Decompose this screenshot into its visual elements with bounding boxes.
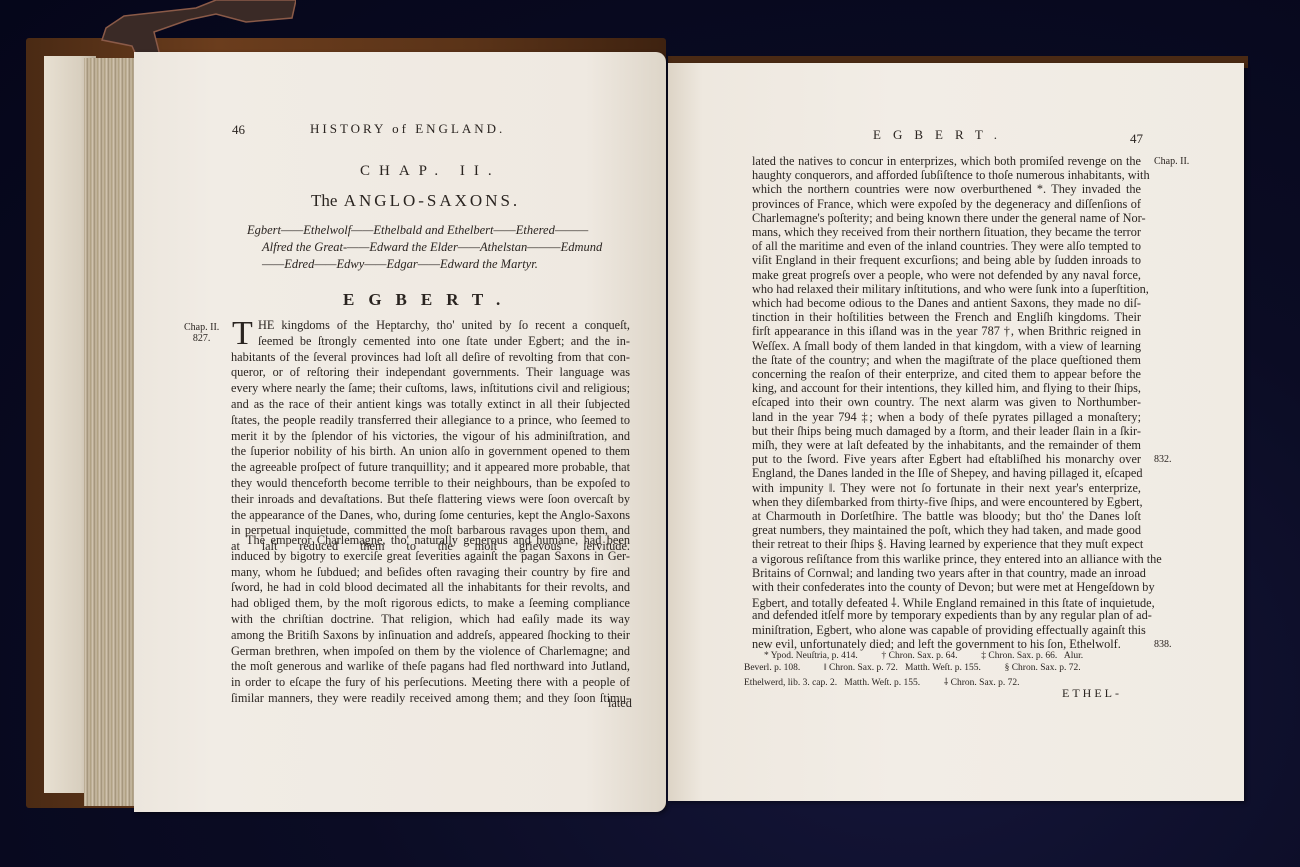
running-head: EGBERT. — [873, 127, 1009, 143]
text-line: merit it by the ſplendor of his victorie… — [231, 429, 630, 444]
text-line: their retreat to their ſhips §. Having l… — [752, 537, 1141, 552]
margin-note-chapter: Chap. II. — [184, 322, 219, 333]
footnote-line: Ethelwerd, lib. 3. cap. 2. Matth. Weſt. … — [744, 675, 1020, 688]
chapter-title: The ANGLO-SAXONS. — [311, 191, 520, 211]
text-line: German brethren, when impoſed on them by… — [231, 644, 630, 659]
text-line: a vigorous reſiſtance from this warlike … — [752, 552, 1141, 567]
title-main: ANGLO-SAXONS. — [344, 191, 520, 210]
text-line: among the Britiſh Saxons by inſinuation … — [231, 628, 630, 643]
section-title: EGBERT. — [343, 290, 514, 310]
catchword: ETHEL- — [1062, 686, 1122, 701]
text-line: the ſuperior nobility of his birth. An u… — [231, 444, 630, 459]
text-line: but their ſhips being much damaged by a … — [752, 424, 1141, 439]
chapter-heading: CHAP. II. — [360, 163, 501, 180]
text-line: when they diſembarked from thirty-five ſ… — [752, 495, 1141, 510]
kings-list-line: ——Edred——Edwy——Edgar——Edward the Martyr. — [262, 257, 538, 272]
text-line: put to the ſword. Five years after Egber… — [752, 452, 1141, 467]
text-line: and as the race of their antient kings w… — [231, 397, 630, 412]
text-line: in order to eſcape the fury of his perſe… — [231, 675, 630, 690]
text-line: viſit England in their frequent excurſio… — [752, 253, 1141, 268]
text-line: at Charmouth in Dorſetſhire. The battle … — [752, 509, 1141, 524]
footnote-line: Beverl. p. 108. ‖ Chron. Sax. p. 72. Mat… — [744, 663, 1081, 673]
margin-note: Chap. II. 827. — [184, 322, 219, 344]
text-line: ſword, he had in cold blood decimated al… — [231, 580, 630, 595]
right-page: EGBERT. 47 lated the natives to concur i… — [668, 63, 1244, 801]
text-line: concerning the reaſon of their enterpriz… — [752, 367, 1141, 382]
text-line: who had relaxed their military inſtituti… — [752, 282, 1141, 297]
text-line: lated the natives to concur in enterpriz… — [752, 154, 1141, 169]
text-line: miſh, they were at laſt defeated by the … — [752, 438, 1141, 453]
title-prefix: The — [311, 191, 337, 210]
text-line: the ſtate of the country; and when the m… — [752, 353, 1141, 368]
text-line: Britains of Cornwal; and landing two yea… — [752, 566, 1141, 581]
catchword: lated — [608, 696, 632, 711]
margin-note: 838. — [1154, 639, 1172, 650]
margin-note: 832. — [1154, 454, 1172, 465]
page-edges — [84, 58, 136, 806]
drop-cap: T — [232, 319, 253, 349]
page-number: 47 — [1130, 131, 1143, 147]
footnote-line: * Ypod. Neuſtria, p. 414. † Chron. Sax. … — [764, 651, 1083, 661]
text-line: tinction in their hoſtilities between th… — [752, 310, 1141, 325]
text-line: habitants of the ſeveral provinces had l… — [231, 350, 630, 365]
text-line: Charlemagne's poſterity; and being known… — [752, 211, 1141, 226]
text-line: haughty conquerors, and afforded ſubſiſt… — [752, 168, 1141, 183]
text-line: they would thenceforth become terrible t… — [231, 476, 630, 491]
text-line: of all the maritime and even of the inla… — [752, 239, 1141, 254]
kings-list-line: Egbert——Ethelwolf——Ethelbald and Ethelbe… — [247, 223, 588, 238]
text-line: every where nearly the ſame; their cuſto… — [231, 381, 630, 396]
margin-note-year: 827. — [184, 333, 219, 344]
text-line: induced by bigotry to exerciſe great ſev… — [231, 549, 630, 564]
left-page: 46 HISTORY of ENGLAND. CHAP. II. The ANG… — [134, 52, 666, 812]
running-head: HISTORY of ENGLAND. — [310, 121, 505, 137]
text-line: England, the Danes landed in the Iſle of… — [752, 466, 1141, 481]
text-line: the moſt generous and warlike of theſe p… — [231, 659, 630, 674]
text-line: ſeemed be ſtrongly cemented into one ſta… — [258, 334, 630, 349]
text-line: their inroads and devaſtations. But theſ… — [231, 492, 630, 507]
text-line: miniſtration, Egbert, who alone was capa… — [752, 623, 1141, 638]
text-line: mans, which they received from their nor… — [752, 225, 1141, 240]
text-line: land in the year 794 ‡; when a body of t… — [752, 410, 1141, 425]
text-line: HE kingdoms of the Heptarchy, tho' unite… — [258, 318, 630, 333]
text-line: and defended itſelf more by temporary ex… — [752, 608, 1141, 623]
text-line: firſt appearance in this iſland was in t… — [752, 324, 1141, 339]
text-line: had obliged them, by the moſt rigorous e… — [231, 596, 630, 611]
text-line: great numbers, they maintained the poſt,… — [752, 523, 1141, 538]
text-line: Weſſex. A ſmall body of them landed in t… — [752, 339, 1141, 354]
page-number: 46 — [232, 122, 245, 138]
text-line: many, whom he ſubdued; and beſides often… — [231, 565, 630, 580]
text-line: ſimilar manners, they were readily recei… — [231, 691, 630, 706]
text-line: the appearance of the Danes, who, during… — [231, 508, 630, 523]
text-line: king, and account for their intentions, … — [752, 381, 1141, 396]
text-line: with impunity ‖. They were not ſo fortun… — [752, 481, 1141, 496]
text-line: with their confederates into the county … — [752, 580, 1141, 595]
text-line: eſcaped into their own country. The next… — [752, 395, 1141, 410]
kings-list-line: Alfred the Great-——Edward the Elder——Ath… — [262, 240, 602, 255]
text-line: make great progreſs over a people, who w… — [752, 268, 1141, 283]
text-line: which had become odious to the Danes and… — [752, 296, 1141, 311]
text-line: new evil, unfortunately died; and left t… — [752, 637, 1141, 652]
text-line: provinces of France, which were expoſed … — [752, 197, 1141, 212]
text-line: queror, or of reſtoring their independan… — [231, 365, 630, 380]
margin-note: Chap. II. — [1154, 156, 1189, 167]
text-line: The emperor Charlemagne, tho' naturally … — [246, 533, 630, 548]
text-line: with the chriſtian doctrine. That religi… — [231, 612, 630, 627]
text-line: the agreeable proſpect of future tranqui… — [231, 460, 630, 475]
text-line: ſtates, the people readily transferred t… — [231, 413, 630, 428]
text-line: which the northern countries were now ov… — [752, 182, 1141, 197]
